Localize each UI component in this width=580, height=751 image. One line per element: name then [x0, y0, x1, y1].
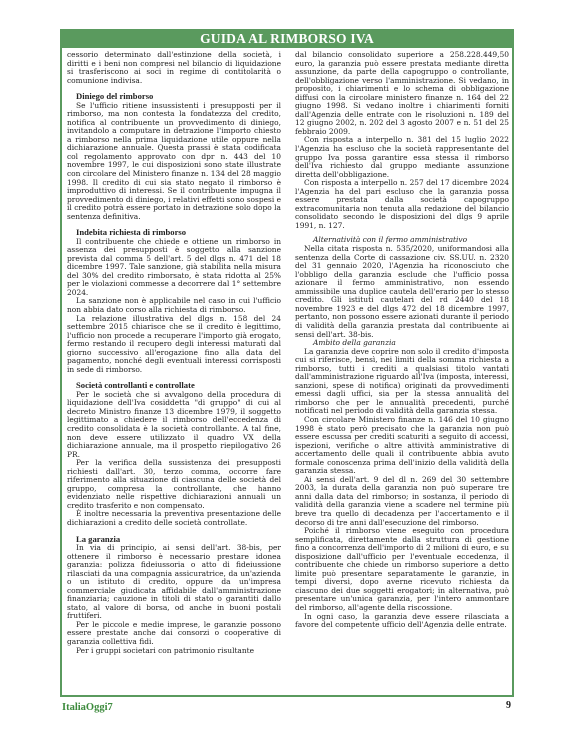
paragraph: La relazione illustrativa del dlgs n. 15… [67, 315, 281, 375]
paragraph: Nella citata risposta n. 535/2020, unifo… [295, 245, 509, 339]
paragraph: In via di principio, ai sensi dell'art. … [67, 544, 281, 621]
paragraph: Il contribuente che chiede e ottiene un … [67, 238, 281, 298]
section-title: GUIDA AL RIMBORSO IVA [200, 31, 374, 46]
paragraph: dal bilancio consolidato superiore a 258… [295, 51, 509, 136]
paragraph: Per le società che si avvalgono della pr… [67, 391, 281, 459]
paragraph: Poiché il rimborso viene eseguito con pr… [295, 527, 509, 612]
paragraph: La sanzione non è applicabile nel caso i… [67, 297, 281, 314]
right-column: dal bilancio consolidato superiore a 258… [295, 51, 509, 693]
paragraph: Se l'ufficio ritiene insussistenti i pre… [67, 102, 281, 222]
publication-logo: ItaliaOggi7 [62, 702, 113, 713]
section-header: GUIDA AL RIMBORSO IVA [60, 29, 514, 48]
paragraph: Per i gruppi societari con patrimonio ri… [67, 647, 281, 656]
paragraph: Con circolare Ministero finanze n. 146 d… [295, 416, 509, 476]
paragraph: Ai sensi dell'art. 9 del dl n. 269 del 3… [295, 476, 509, 527]
page-number: 9 [506, 700, 511, 711]
article-body: cessorio determinato dall'estinzione del… [67, 51, 509, 693]
paragraph: La garanzia deve coprire non solo il cre… [295, 348, 509, 416]
paragraph: Per la verifica della sussistenza dei pr… [67, 459, 281, 510]
left-column: cessorio determinato dall'estinzione del… [67, 51, 281, 693]
paragraph: In ogni caso, la garanzia deve essere ri… [295, 613, 509, 630]
paragraph: Con risposta a interpello n. 257 del 17 … [295, 179, 509, 230]
paragraph: Per le piccole e medie imprese, le garan… [67, 621, 281, 647]
paragraph: Con risposta a interpello n. 381 del 15 … [295, 136, 509, 179]
paragraph: È inoltre necessaria la preventiva prese… [67, 510, 281, 527]
paragraph: cessorio determinato dall'estinzione del… [67, 51, 281, 85]
